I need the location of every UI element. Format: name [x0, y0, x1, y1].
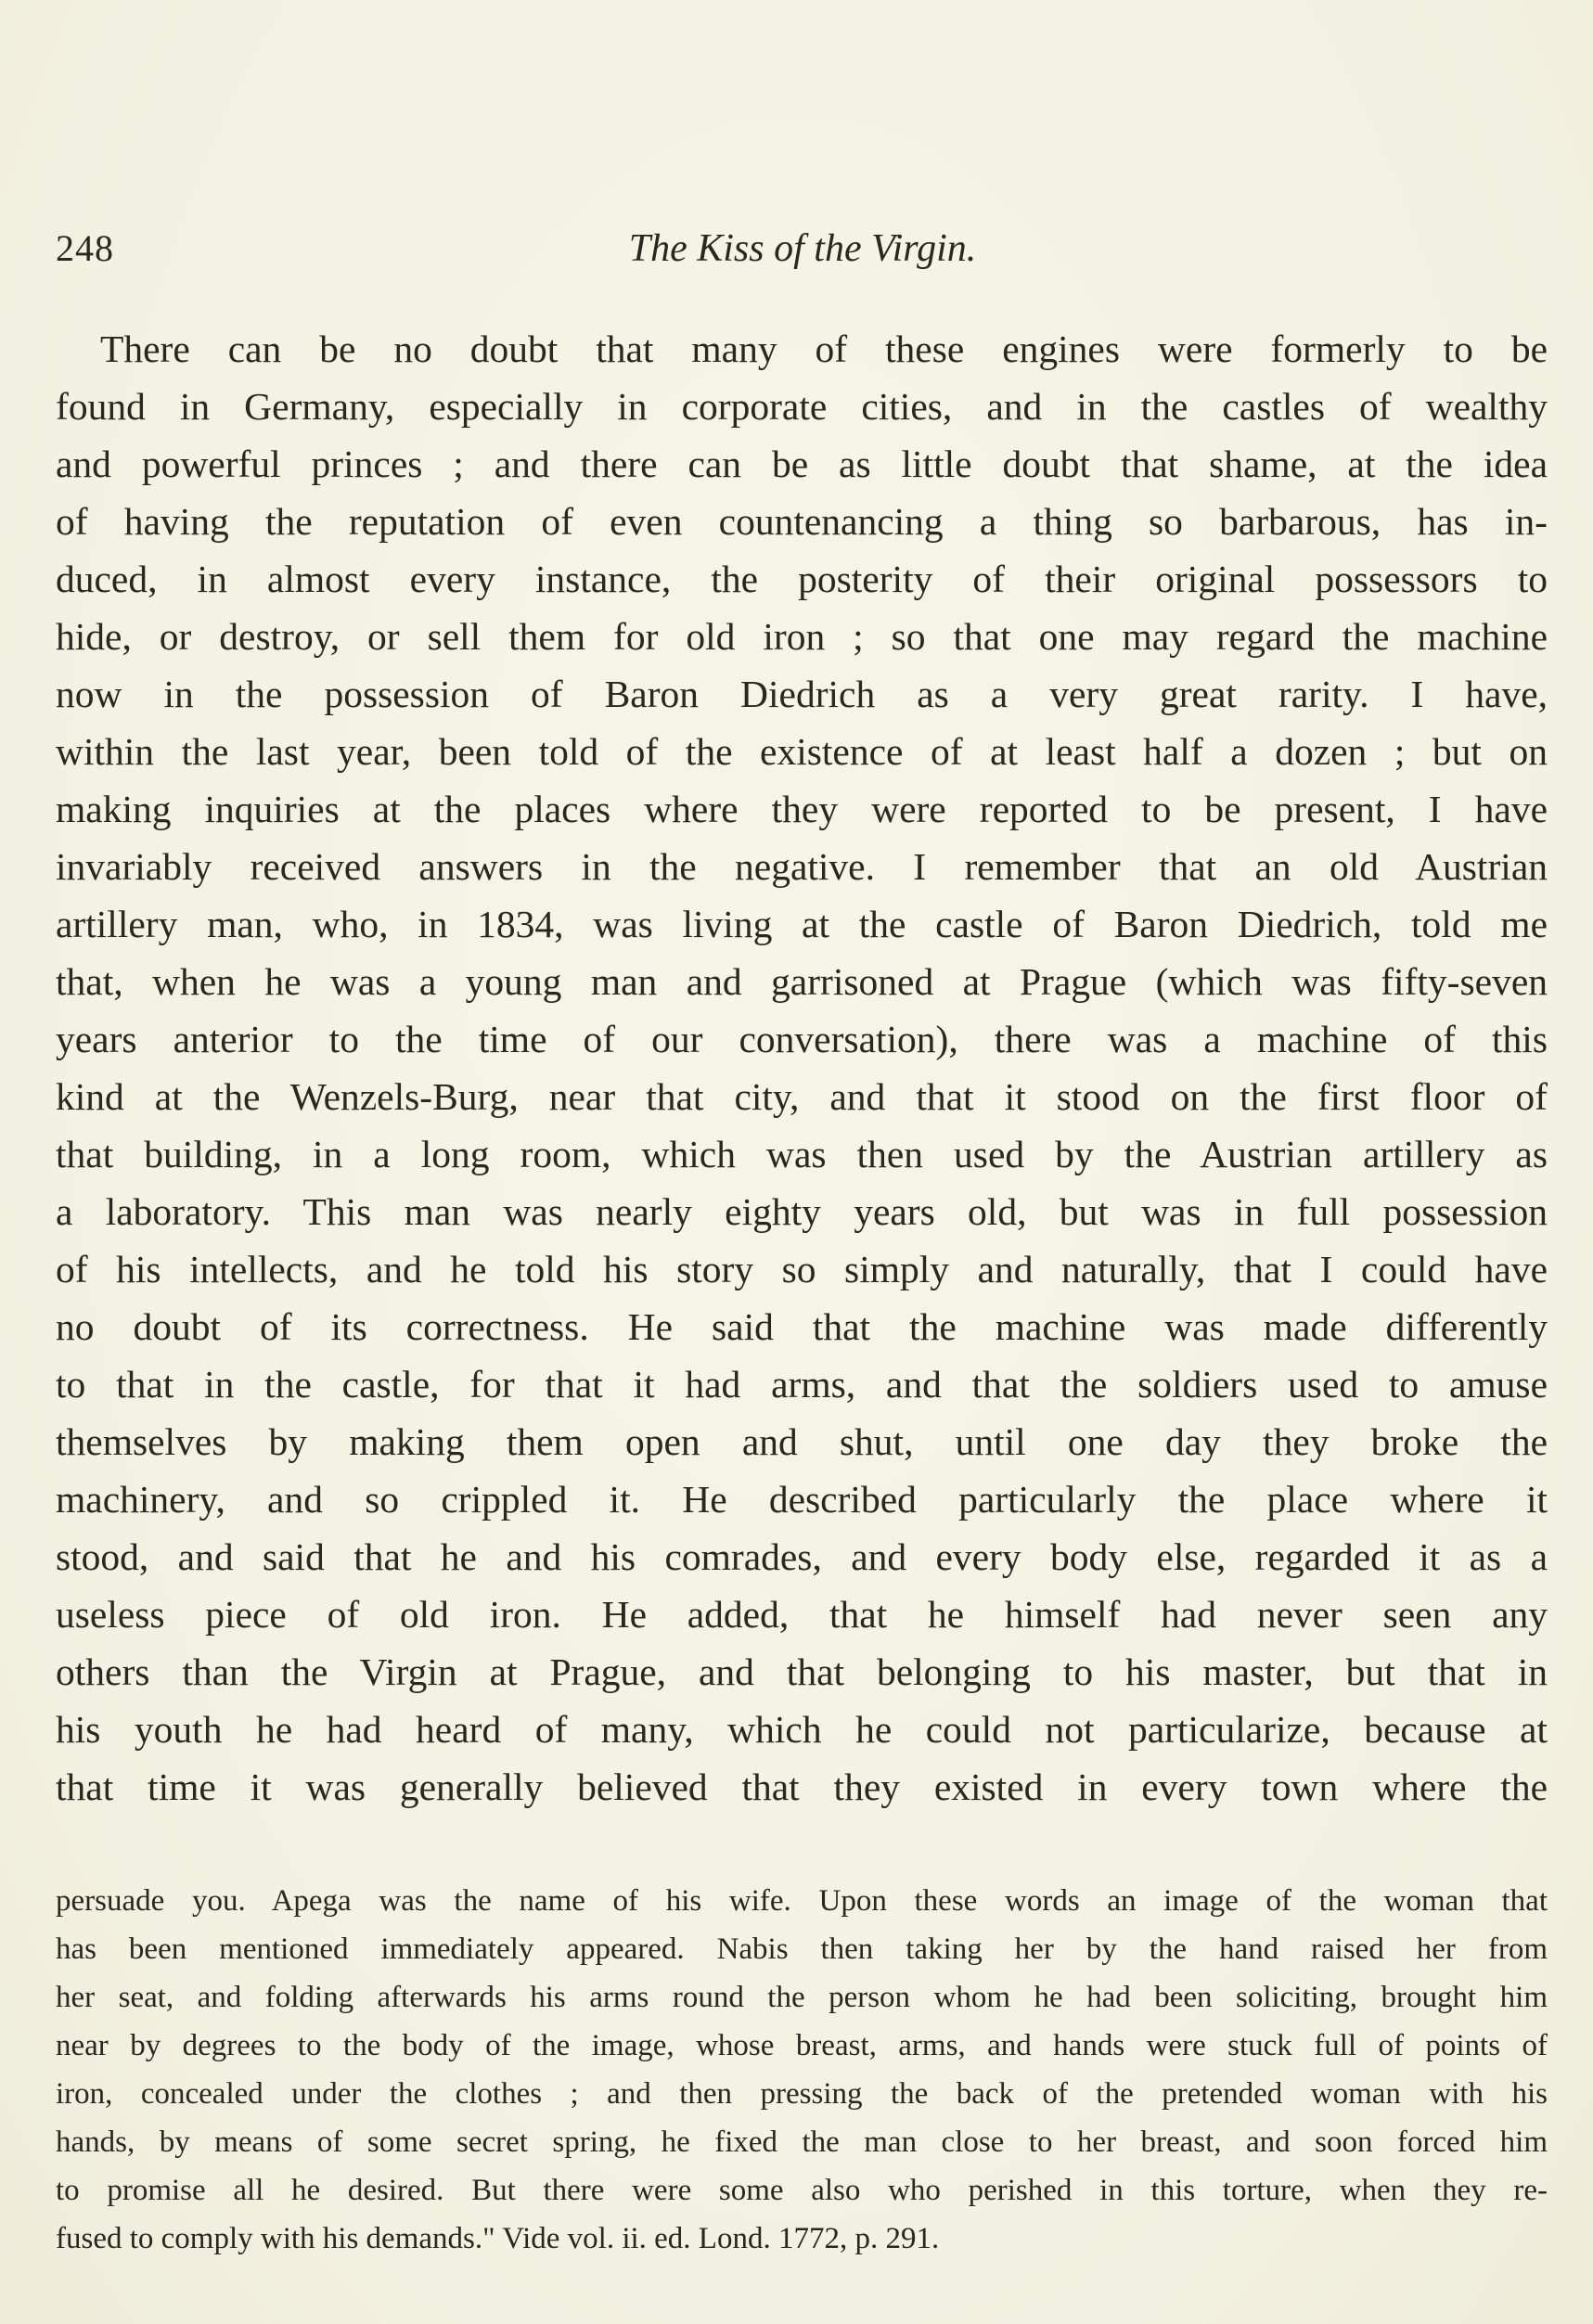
text-line: kind at the Wenzels-Burg, near that city…: [56, 1068, 1548, 1125]
footnote: persuade you. Apega was the name of his …: [56, 1877, 1548, 2263]
text-line: useless piece of old iron. He added, tha…: [56, 1586, 1548, 1643]
footnote-line: near by degrees to the body of the image…: [56, 2022, 1548, 2070]
text-line: of his intellects, and he told his story…: [56, 1240, 1548, 1298]
footnote-line: to promise all he desired. But there wer…: [56, 2166, 1548, 2215]
text-line: no doubt of its correctness. He said tha…: [56, 1298, 1548, 1355]
text-line: themselves by making them open and shut,…: [56, 1413, 1548, 1470]
text-line: of having the reputation of even counten…: [56, 493, 1548, 550]
text-line: invariably received answers in the negat…: [56, 838, 1548, 895]
text-line: that, when he was a young man and garris…: [56, 953, 1548, 1010]
text-line: that building, in a long room, which was…: [56, 1125, 1548, 1183]
footnote-line: has been mentioned immediately appeared.…: [56, 1925, 1548, 1973]
text-line: that time it was generally believed that…: [56, 1758, 1548, 1816]
text-line: making inquiries at the places where the…: [56, 780, 1548, 838]
text-line: his youth he had heard of many, which he…: [56, 1701, 1548, 1758]
footnote-line: hands, by means of some secret spring, h…: [56, 2118, 1548, 2166]
text-line: artillery man, who, in 1834, was living …: [56, 895, 1548, 953]
text-line: now in the possession of Baron Diedrich …: [56, 665, 1548, 723]
text-line: within the last year, been told of the e…: [56, 723, 1548, 780]
text-line: hide, or destroy, or sell them for old i…: [56, 608, 1548, 665]
text-line: found in Germany, especially in corporat…: [56, 378, 1548, 435]
footnote-line: iron, concealed under the clothes ; and …: [56, 2070, 1548, 2118]
text-line: stood, and said that he and his comrades…: [56, 1528, 1548, 1586]
page-header: 248 The Kiss of the Virgin.: [56, 226, 1549, 282]
text-line: to that in the castle, for that it had a…: [56, 1355, 1548, 1413]
text-line: duced, in almost every instance, the pos…: [56, 550, 1548, 608]
running-title: The Kiss of the Virgin.: [56, 226, 1549, 271]
text-line: a laboratory. This man was nearly eighty…: [56, 1183, 1548, 1240]
footnote-line: fused to comply with his demands." Vide …: [56, 2215, 1548, 2263]
text-line: There can be no doubt that many of these…: [56, 320, 1548, 378]
footnote-line: persuade you. Apega was the name of his …: [56, 1877, 1548, 1925]
text-line: others than the Virgin at Prague, and th…: [56, 1643, 1548, 1701]
text-line: machinery, and so crippled it. He descri…: [56, 1470, 1548, 1528]
main-paragraph: There can be no doubt that many of these…: [56, 320, 1548, 1816]
text-line: years anterior to the time of our conver…: [56, 1010, 1548, 1068]
book-page: 248 The Kiss of the Virgin. There can be…: [0, 0, 1593, 2324]
text-line: and powerful princes ; and there can be …: [56, 435, 1548, 493]
footnote-line: her seat, and folding afterwards his arm…: [56, 1973, 1548, 2022]
